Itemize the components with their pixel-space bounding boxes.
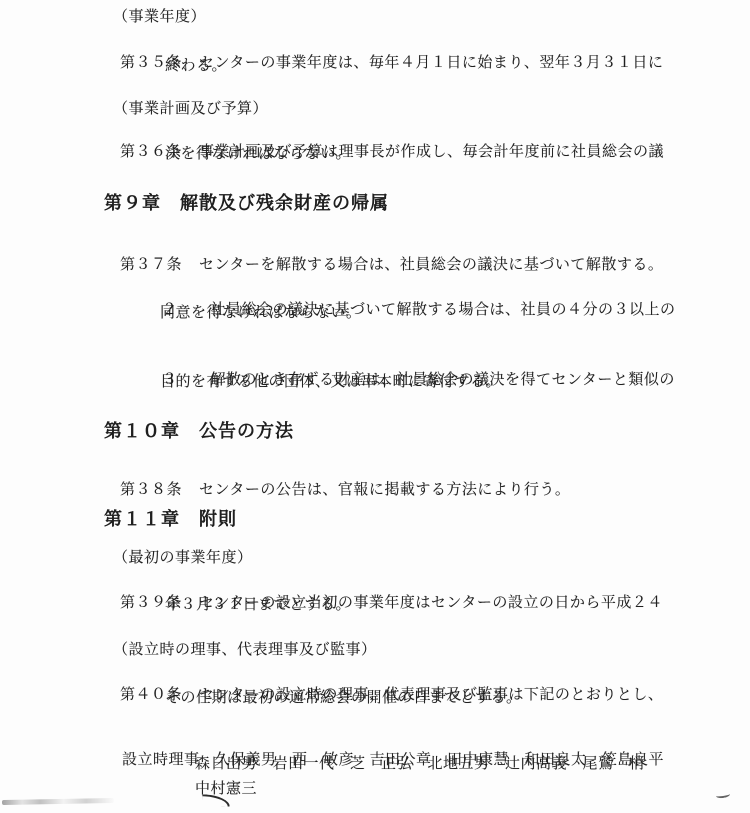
- chapter-10-heading: 第１０章 公告の方法: [104, 419, 294, 443]
- founders-row-2: 森日出男 岩田一代 芝 正弘 北地五男 辻内高義 尾鷲 梢: [195, 753, 645, 775]
- article-38-body: センターの公告は、官報に掲載する方法により行う。: [199, 482, 570, 498]
- section-label-business-plan: （事業計画及び予算）: [113, 98, 268, 120]
- article-37-item3-line2: 目的を有する他の団体、又は串本町に寄付する。: [160, 371, 501, 393]
- article-35-body: センターの事業年度は、毎年４月１日に始まり、翌年３月３１日に: [199, 55, 663, 71]
- chapter-9-heading: 第９章 解散及び残余財産の帰属: [104, 191, 389, 215]
- article-37-body: センターを解散する場合は、社員総会の議決に基づいて解散する。: [199, 257, 663, 273]
- article-37-item2-line2: 同意を得なければならない。: [160, 302, 362, 324]
- founders-row-3: 中村憲三: [195, 778, 257, 800]
- article-39-line2: 年３月３１日までとする。: [165, 594, 351, 616]
- article-35-line2: 終わる。: [165, 55, 227, 77]
- section-label-first-business-year: （最初の事業年度）: [113, 547, 253, 569]
- article-36-line2: 決を得なければならない。: [165, 143, 351, 165]
- scan-mark-right: [716, 791, 731, 799]
- chapter-11-heading: 第１１章 附則: [104, 507, 237, 531]
- article-40-line2: その任期は最初の通常総会の開催の日までとする。: [165, 687, 522, 709]
- article-38-number: 第３８条: [120, 479, 182, 501]
- scan-smudge-left: [2, 798, 114, 805]
- article-37-number: 第３７条: [120, 254, 182, 276]
- founders-role-label: 設立時理事: [122, 749, 200, 771]
- section-label-founding-officers: （設立時の理事、代表理事及び監事）: [113, 639, 377, 661]
- scanned-document-page: （事業年度） 第３５条センターの事業年度は、毎年４月１日に始まり、翌年３月３１日…: [0, 0, 750, 813]
- section-label-business-year: （事業年度）: [113, 6, 206, 28]
